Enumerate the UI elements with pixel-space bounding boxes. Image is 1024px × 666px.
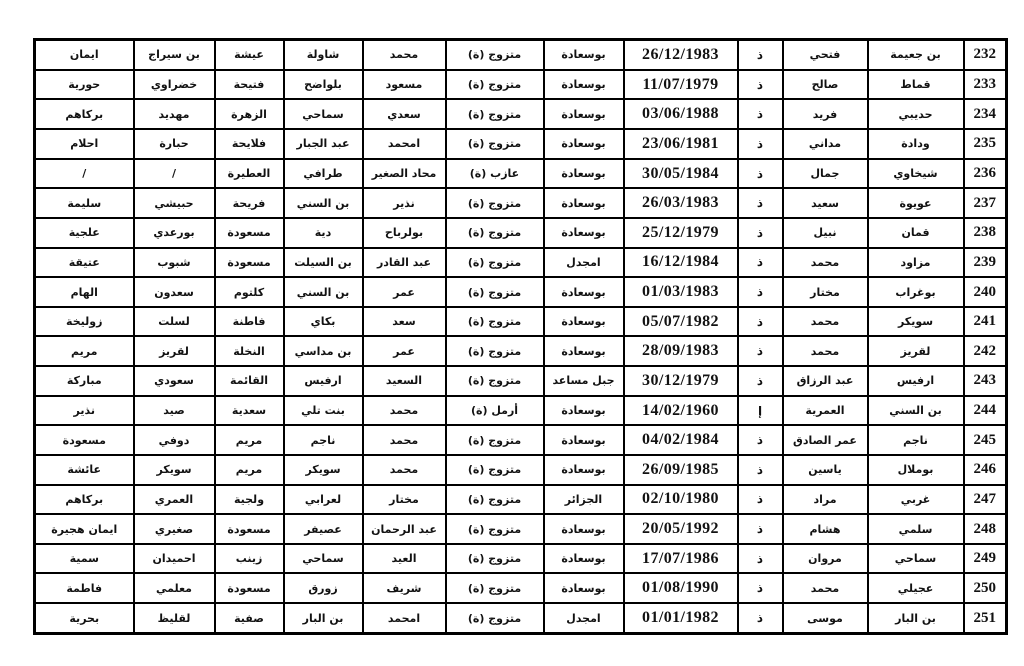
mother-surname-cell: بن السني	[284, 277, 363, 307]
surname-cell: بوملال	[868, 455, 964, 485]
marital-status-cell: متزوج (ة)	[446, 218, 544, 248]
spouse-firstname-cell: ايمان	[35, 40, 134, 70]
birthplace-cell: جبل مساعد	[544, 366, 624, 396]
table-row: 238 قمان نبيل ذ 25/12/1979 بوسعادة متزوج…	[35, 218, 1007, 248]
surname-cell: سلمي	[868, 514, 964, 544]
mother-firstname-cell: سعدية	[215, 396, 284, 426]
surname-cell: غربي	[868, 485, 964, 515]
mother-firstname-cell: مريم	[215, 425, 284, 455]
spouse-firstname-cell: عتيقة	[35, 248, 134, 278]
sex-cell: ذ	[738, 455, 783, 485]
birthdate-cell: 26/03/1983	[624, 188, 738, 218]
mother-firstname-cell: مسعودة	[215, 514, 284, 544]
birthplace-cell: بوسعادة	[544, 514, 624, 544]
birthdate-cell: 25/12/1979	[624, 218, 738, 248]
mother-firstname-cell: صفية	[215, 603, 284, 633]
mother-surname-cell: سماحي	[284, 544, 363, 574]
spouse-firstname-cell: حورية	[35, 70, 134, 100]
surname-cell: ودادة	[868, 129, 964, 159]
firstname-cell: سعيد	[783, 188, 868, 218]
birthdate-cell: 20/05/1992	[624, 514, 738, 544]
mother-firstname-cell: مسعودة	[215, 248, 284, 278]
birthdate-cell: 23/06/1981	[624, 129, 738, 159]
table-row: 235 ودادة مداني ذ 23/06/1981 بوسعادة متز…	[35, 129, 1007, 159]
mother-surname-cell: ناجم	[284, 425, 363, 455]
sex-cell: ذ	[738, 307, 783, 337]
table-row: 249 سماحي مروان ذ 17/07/1986 بوسعادة متز…	[35, 544, 1007, 574]
birthplace-cell: بوسعادة	[544, 40, 624, 70]
mother-firstname-cell: مريم	[215, 455, 284, 485]
table-row: 234 حديبي فريد ذ 03/06/1988 بوسعادة متزو…	[35, 99, 1007, 129]
firstname-cell: هشام	[783, 514, 868, 544]
birthdate-cell: 11/07/1979	[624, 70, 738, 100]
mother-firstname-cell: كلتوم	[215, 277, 284, 307]
spouse-surname-cell: حبارة	[134, 129, 215, 159]
row-number-cell: 232	[964, 40, 1007, 70]
father-name-cell: عبد الرحمان	[363, 514, 446, 544]
birthdate-cell: 01/08/1990	[624, 573, 738, 603]
marital-status-cell: متزوج (ة)	[446, 336, 544, 366]
firstname-cell: نبيل	[783, 218, 868, 248]
spouse-firstname-cell: فاطمة	[35, 573, 134, 603]
spouse-surname-cell: بورعدي	[134, 218, 215, 248]
firstname-cell: مختار	[783, 277, 868, 307]
birthdate-cell: 17/07/1986	[624, 544, 738, 574]
row-number-cell: 246	[964, 455, 1007, 485]
birthdate-cell: 28/09/1983	[624, 336, 738, 366]
mother-surname-cell: شاولة	[284, 40, 363, 70]
surname-cell: بن جعيمة	[868, 40, 964, 70]
spouse-surname-cell: لقليظ	[134, 603, 215, 633]
mother-surname-cell: بلواضح	[284, 70, 363, 100]
father-name-cell: مسعود	[363, 70, 446, 100]
mother-surname-cell: بن مداسي	[284, 336, 363, 366]
spouse-firstname-cell: مسعودة	[35, 425, 134, 455]
mother-surname-cell: بن البار	[284, 603, 363, 633]
birthplace-cell: بوسعادة	[544, 99, 624, 129]
marital-status-cell: عازب (ة)	[446, 159, 544, 189]
row-number-cell: 248	[964, 514, 1007, 544]
spouse-surname-cell: سعدون	[134, 277, 215, 307]
mother-surname-cell: سماحي	[284, 99, 363, 129]
surname-cell: قمان	[868, 218, 964, 248]
sex-cell: ذ	[738, 129, 783, 159]
sex-cell: ذ	[738, 99, 783, 129]
table-row: 248 سلمي هشام ذ 20/05/1992 بوسعادة متزوج…	[35, 514, 1007, 544]
birthdate-cell: 30/05/1984	[624, 159, 738, 189]
birthplace-cell: الجزائر	[544, 485, 624, 515]
mother-firstname-cell: عيشة	[215, 40, 284, 70]
spouse-firstname-cell: بركاهم	[35, 485, 134, 515]
table-row: 243 ارفيس عبد الرزاق ذ 30/12/1979 جبل مس…	[35, 366, 1007, 396]
birthplace-cell: بوسعادة	[544, 277, 624, 307]
table-row: 247 غربي مراد ذ 02/10/1980 الجزائر متزوج…	[35, 485, 1007, 515]
firstname-cell: العمرية	[783, 396, 868, 426]
birthplace-cell: امجدل	[544, 248, 624, 278]
spouse-firstname-cell: بركاهم	[35, 99, 134, 129]
mother-firstname-cell: زينب	[215, 544, 284, 574]
table-row: 244 بن السني العمرية إ 14/02/1960 بوسعاد…	[35, 396, 1007, 426]
spouse-surname-cell: دوفي	[134, 425, 215, 455]
row-number-cell: 243	[964, 366, 1007, 396]
surname-cell: قماط	[868, 70, 964, 100]
surname-cell: عجيلي	[868, 573, 964, 603]
mother-firstname-cell: فاطنة	[215, 307, 284, 337]
surname-cell: سويكر	[868, 307, 964, 337]
firstname-cell: فتحي	[783, 40, 868, 70]
spouse-surname-cell: العمري	[134, 485, 215, 515]
row-number-cell: 244	[964, 396, 1007, 426]
spouse-firstname-cell: احلام	[35, 129, 134, 159]
sex-cell: ذ	[738, 40, 783, 70]
father-name-cell: امحمد	[363, 129, 446, 159]
birthdate-cell: 26/09/1985	[624, 455, 738, 485]
marital-status-cell: متزوج (ة)	[446, 99, 544, 129]
father-name-cell: عمر	[363, 336, 446, 366]
mother-surname-cell: عصيفر	[284, 514, 363, 544]
mother-surname-cell: دية	[284, 218, 363, 248]
mother-surname-cell: بنت تلي	[284, 396, 363, 426]
surname-cell: بن البار	[868, 603, 964, 633]
mother-surname-cell: زورق	[284, 573, 363, 603]
surname-cell: حديبي	[868, 99, 964, 129]
birthdate-cell: 05/07/1982	[624, 307, 738, 337]
mother-surname-cell: طرافي	[284, 159, 363, 189]
row-number-cell: 234	[964, 99, 1007, 129]
spouse-firstname-cell: علجية	[35, 218, 134, 248]
firstname-cell: فريد	[783, 99, 868, 129]
father-name-cell: عمر	[363, 277, 446, 307]
surname-cell: شيخاوي	[868, 159, 964, 189]
father-name-cell: نذير	[363, 188, 446, 218]
surname-cell: عويوة	[868, 188, 964, 218]
marital-status-cell: متزوج (ة)	[446, 485, 544, 515]
firstname-cell: عبد الرزاق	[783, 366, 868, 396]
birthplace-cell: بوسعادة	[544, 544, 624, 574]
spouse-surname-cell: احميدان	[134, 544, 215, 574]
father-name-cell: سعدي	[363, 99, 446, 129]
marital-status-cell: متزوج (ة)	[446, 40, 544, 70]
birthplace-cell: بوسعادة	[544, 159, 624, 189]
father-name-cell: السعيد	[363, 366, 446, 396]
father-name-cell: محاد الصغير	[363, 159, 446, 189]
birthplace-cell: بوسعادة	[544, 425, 624, 455]
marital-status-cell: متزوج (ة)	[446, 603, 544, 633]
birthdate-cell: 03/06/1988	[624, 99, 738, 129]
table-row: 239 مزاود محمد ذ 16/12/1984 امجدل متزوج …	[35, 248, 1007, 278]
marital-status-cell: متزوج (ة)	[446, 573, 544, 603]
firstname-cell: محمد	[783, 573, 868, 603]
father-name-cell: محمد	[363, 425, 446, 455]
surname-cell: بوغراب	[868, 277, 964, 307]
table-row: 236 شيخاوي جمال ذ 30/05/1984 بوسعادة عاز…	[35, 159, 1007, 189]
mother-surname-cell: ارفيس	[284, 366, 363, 396]
father-name-cell: عبد القادر	[363, 248, 446, 278]
birthdate-cell: 01/03/1983	[624, 277, 738, 307]
mother-surname-cell: عبد الجبار	[284, 129, 363, 159]
mother-surname-cell: بكاي	[284, 307, 363, 337]
spouse-firstname-cell: سليمة	[35, 188, 134, 218]
mother-surname-cell: لعرابي	[284, 485, 363, 515]
surname-cell: لقريز	[868, 336, 964, 366]
birthdate-cell: 04/02/1984	[624, 425, 738, 455]
table-row: 241 سويكر محمد ذ 05/07/1982 بوسعادة متزو…	[35, 307, 1007, 337]
father-name-cell: محمد	[363, 396, 446, 426]
marital-status-cell: أرمل (ة)	[446, 396, 544, 426]
father-name-cell: امحمد	[363, 603, 446, 633]
sex-cell: ذ	[738, 218, 783, 248]
firstname-cell: مروان	[783, 544, 868, 574]
sex-cell: ذ	[738, 544, 783, 574]
row-number-cell: 236	[964, 159, 1007, 189]
spouse-surname-cell: /	[134, 159, 215, 189]
spouse-surname-cell: مهديد	[134, 99, 215, 129]
marital-status-cell: متزوج (ة)	[446, 455, 544, 485]
birthdate-cell: 14/02/1960	[624, 396, 738, 426]
father-name-cell: بولرباح	[363, 218, 446, 248]
mother-firstname-cell: ولجية	[215, 485, 284, 515]
table-row: 245 ناجم عمر الصادق ذ 04/02/1984 بوسعادة…	[35, 425, 1007, 455]
spouse-surname-cell: معلمي	[134, 573, 215, 603]
father-name-cell: سعد	[363, 307, 446, 337]
birthplace-cell: بوسعادة	[544, 396, 624, 426]
birthdate-cell: 26/12/1983	[624, 40, 738, 70]
row-number-cell: 251	[964, 603, 1007, 633]
row-number-cell: 242	[964, 336, 1007, 366]
firstname-cell: عمر الصادق	[783, 425, 868, 455]
birthplace-cell: بوسعادة	[544, 455, 624, 485]
spouse-firstname-cell: بحرية	[35, 603, 134, 633]
sex-cell: ذ	[738, 425, 783, 455]
surname-cell: مزاود	[868, 248, 964, 278]
sex-cell: ذ	[738, 336, 783, 366]
row-number-cell: 239	[964, 248, 1007, 278]
spouse-firstname-cell: نذير	[35, 396, 134, 426]
mother-firstname-cell: مسعودة	[215, 218, 284, 248]
marital-status-cell: متزوج (ة)	[446, 366, 544, 396]
firstname-cell: مراد	[783, 485, 868, 515]
row-number-cell: 241	[964, 307, 1007, 337]
marital-status-cell: متزوج (ة)	[446, 277, 544, 307]
birthdate-cell: 01/01/1982	[624, 603, 738, 633]
row-number-cell: 245	[964, 425, 1007, 455]
father-name-cell: العيد	[363, 544, 446, 574]
spouse-surname-cell: خضراوي	[134, 70, 215, 100]
mother-surname-cell: سويكر	[284, 455, 363, 485]
firstname-cell: محمد	[783, 307, 868, 337]
firstname-cell: محمد	[783, 248, 868, 278]
mother-firstname-cell: فريحة	[215, 188, 284, 218]
sex-cell: ذ	[738, 485, 783, 515]
table-row: 246 بوملال ياسين ذ 26/09/1985 بوسعادة مت…	[35, 455, 1007, 485]
scanned-voter-list-page: 232 بن جعيمة فتحي ذ 26/12/1983 بوسعادة م…	[0, 0, 1024, 666]
birthdate-cell: 16/12/1984	[624, 248, 738, 278]
row-number-cell: 240	[964, 277, 1007, 307]
sex-cell: إ	[738, 396, 783, 426]
mother-surname-cell: بن السيلت	[284, 248, 363, 278]
spouse-surname-cell: بن سيراج	[134, 40, 215, 70]
firstname-cell: محمد	[783, 336, 868, 366]
birthplace-cell: بوسعادة	[544, 307, 624, 337]
sex-cell: ذ	[738, 248, 783, 278]
firstname-cell: موسى	[783, 603, 868, 633]
table-row: 250 عجيلي محمد ذ 01/08/1990 بوسعادة متزو…	[35, 573, 1007, 603]
row-number-cell: 237	[964, 188, 1007, 218]
voter-table-body: 232 بن جعيمة فتحي ذ 26/12/1983 بوسعادة م…	[35, 40, 1007, 634]
firstname-cell: مداني	[783, 129, 868, 159]
spouse-surname-cell: شبوب	[134, 248, 215, 278]
birthplace-cell: بوسعادة	[544, 573, 624, 603]
row-number-cell: 238	[964, 218, 1007, 248]
marital-status-cell: متزوج (ة)	[446, 70, 544, 100]
birthdate-cell: 30/12/1979	[624, 366, 738, 396]
spouse-firstname-cell: زوليخة	[35, 307, 134, 337]
sex-cell: ذ	[738, 159, 783, 189]
mother-firstname-cell: مسعودة	[215, 573, 284, 603]
table-row: 232 بن جعيمة فتحي ذ 26/12/1983 بوسعادة م…	[35, 40, 1007, 70]
spouse-firstname-cell: /	[35, 159, 134, 189]
spouse-firstname-cell: ايمان هجيرة	[35, 514, 134, 544]
spouse-firstname-cell: عائشة	[35, 455, 134, 485]
row-number-cell: 235	[964, 129, 1007, 159]
spouse-surname-cell: لسلت	[134, 307, 215, 337]
firstname-cell: ياسين	[783, 455, 868, 485]
table-row: 242 لقريز محمد ذ 28/09/1983 بوسعادة متزو…	[35, 336, 1007, 366]
firstname-cell: صالح	[783, 70, 868, 100]
row-number-cell: 233	[964, 70, 1007, 100]
spouse-surname-cell: حبيشي	[134, 188, 215, 218]
mother-firstname-cell: العطيرة	[215, 159, 284, 189]
mother-firstname-cell: فتيحة	[215, 70, 284, 100]
sex-cell: ذ	[738, 188, 783, 218]
row-number-cell: 250	[964, 573, 1007, 603]
marital-status-cell: متزوج (ة)	[446, 307, 544, 337]
row-number-cell: 247	[964, 485, 1007, 515]
birthplace-cell: بوسعادة	[544, 188, 624, 218]
birthplace-cell: بوسعادة	[544, 129, 624, 159]
row-number-cell: 249	[964, 544, 1007, 574]
birthdate-cell: 02/10/1980	[624, 485, 738, 515]
spouse-firstname-cell: سمية	[35, 544, 134, 574]
table-row: 240 بوغراب مختار ذ 01/03/1983 بوسعادة مت…	[35, 277, 1007, 307]
sex-cell: ذ	[738, 70, 783, 100]
marital-status-cell: متزوج (ة)	[446, 544, 544, 574]
marital-status-cell: متزوج (ة)	[446, 514, 544, 544]
mother-firstname-cell: الزهرة	[215, 99, 284, 129]
spouse-surname-cell: صغيري	[134, 514, 215, 544]
father-name-cell: محمد	[363, 40, 446, 70]
sex-cell: ذ	[738, 366, 783, 396]
spouse-surname-cell: سويكر	[134, 455, 215, 485]
father-name-cell: شريف	[363, 573, 446, 603]
sex-cell: ذ	[738, 603, 783, 633]
father-name-cell: مختار	[363, 485, 446, 515]
marital-status-cell: متزوج (ة)	[446, 248, 544, 278]
spouse-surname-cell: صيد	[134, 396, 215, 426]
voter-list-table: 232 بن جعيمة فتحي ذ 26/12/1983 بوسعادة م…	[33, 38, 1008, 635]
table-row: 251 بن البار موسى ذ 01/01/1982 امجدل متز…	[35, 603, 1007, 633]
surname-cell: ناجم	[868, 425, 964, 455]
spouse-firstname-cell: مباركة	[35, 366, 134, 396]
table-row: 233 قماط صالح ذ 11/07/1979 بوسعادة متزوج…	[35, 70, 1007, 100]
surname-cell: سماحي	[868, 544, 964, 574]
spouse-surname-cell: سعودي	[134, 366, 215, 396]
marital-status-cell: متزوج (ة)	[446, 188, 544, 218]
mother-firstname-cell: النخلة	[215, 336, 284, 366]
spouse-firstname-cell: مريم	[35, 336, 134, 366]
spouse-firstname-cell: الهام	[35, 277, 134, 307]
sex-cell: ذ	[738, 514, 783, 544]
table-row: 237 عويوة سعيد ذ 26/03/1983 بوسعادة متزو…	[35, 188, 1007, 218]
mother-firstname-cell: القائمة	[215, 366, 284, 396]
firstname-cell: جمال	[783, 159, 868, 189]
father-name-cell: محمد	[363, 455, 446, 485]
birthplace-cell: بوسعادة	[544, 70, 624, 100]
sex-cell: ذ	[738, 573, 783, 603]
spouse-surname-cell: لقريز	[134, 336, 215, 366]
marital-status-cell: متزوج (ة)	[446, 425, 544, 455]
birthplace-cell: امجدل	[544, 603, 624, 633]
surname-cell: ارفيس	[868, 366, 964, 396]
mother-firstname-cell: فلايحة	[215, 129, 284, 159]
mother-surname-cell: بن السني	[284, 188, 363, 218]
marital-status-cell: متزوج (ة)	[446, 129, 544, 159]
sex-cell: ذ	[738, 277, 783, 307]
surname-cell: بن السني	[868, 396, 964, 426]
birthplace-cell: بوسعادة	[544, 218, 624, 248]
birthplace-cell: بوسعادة	[544, 336, 624, 366]
